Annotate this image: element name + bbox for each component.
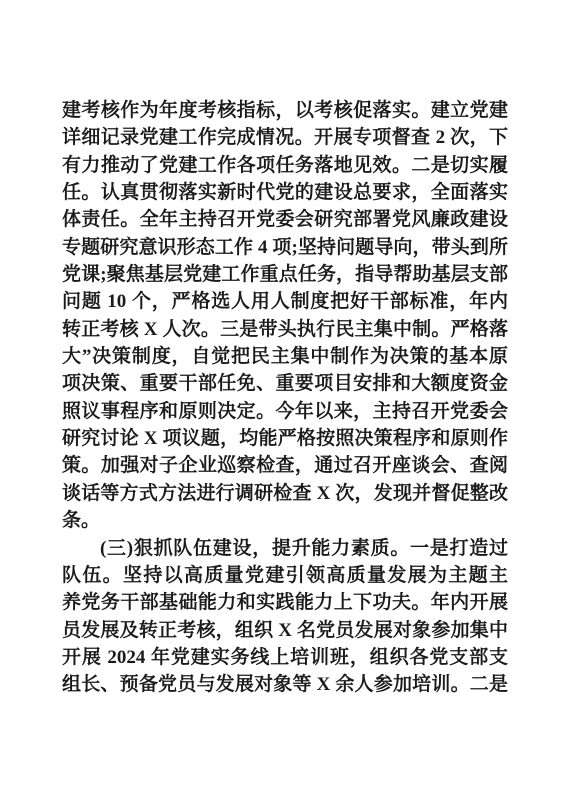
text-line: 体责任。全年主持召开党委会研究部署党风廉政建设工作 5 项， — [62, 206, 508, 233]
text-line: 专题研究意识形态工作 4 项;坚持问题导向，带头到所在支部讲 — [62, 234, 508, 261]
text-line: 转正考核 X 人次。三是带头执行民主集中制。严格落实“三重一 — [62, 316, 508, 343]
text-line: 建考核作为年度考核指标，以考核促落实。建立党建工作台账， — [62, 97, 508, 124]
text-line: 组长、预备党员与发展对象等 X 余人参加培训。二是搭建有效载 — [62, 671, 508, 698]
text-line: 详细记录党建工作完成情况。开展专项督查 2 次，下发通报 X 期， — [62, 124, 508, 151]
text-line: 项决策、重要干部任免、重要项目安排和大额度资金的使用均按 — [62, 370, 508, 397]
text-line: 有力推动了党建工作各项任务落地见效。二是切实履行主体责 — [62, 152, 508, 179]
text-line: 任。认真贯彻落实新时代党的建设总要求，全面落实党建工作主 — [62, 179, 508, 206]
text-block: 建考核作为年度考核指标，以考核促落实。建立党建工作台账，详细记录党建工作完成情况… — [62, 97, 508, 699]
text-line: (三)狠抓队伍建设，提升能力素质。一是打造过硬党员干部 — [62, 535, 508, 562]
text-line: 谈话等方式方法进行调研检查 X 次，发现并督促整改问题 10 余 — [62, 480, 508, 507]
text-line: 策。加强对子企业巡察检查，通过召开座谈会、查阅资料、个别 — [62, 452, 508, 479]
text-line: 研究讨论 X 项议题，均能严格按照决策程序和原则作出科学决 — [62, 425, 508, 452]
text-line: 开展 2024 年党建实务线上培训班，组织各党支部支委、党小组 — [62, 644, 508, 671]
paragraph: 建考核作为年度考核指标，以考核促落实。建立党建工作台账，详细记录党建工作完成情况… — [62, 97, 508, 535]
document-page: 建考核作为年度考核指标，以考核促落实。建立党建工作台账，详细记录党建工作完成情况… — [0, 0, 570, 807]
text-line: 党课;聚焦基层党建工作重点任务，指导帮助基层支部解决突出 — [62, 261, 508, 288]
text-line: 养党务干部基础能力和实践能力上下功夫。年内开展 X 名新党 — [62, 589, 508, 616]
text-line: 队伍。坚持以高质量党建引领高质量发展为主题主线，着力在培 — [62, 562, 508, 589]
text-line: 员发展及转正考核，组织 X 名党员发展对象参加集中培训，组织 — [62, 617, 508, 644]
text-line: 条。 — [62, 507, 508, 534]
text-line: 照议事程序和原则决定。今年以来，主持召开党委会 X 次，集体 — [62, 398, 508, 425]
text-line: 问题 10 个，严格选人用人制度把好干部标准，年内提拔 X 人次， — [62, 288, 508, 315]
paragraph: (三)狠抓队伍建设，提升能力素质。一是打造过硬党员干部队伍。坚持以高质量党建引领… — [62, 535, 508, 699]
text-line: 大”决策制度，自觉把民主集中制作为决策的基本原则，重大事 — [62, 343, 508, 370]
